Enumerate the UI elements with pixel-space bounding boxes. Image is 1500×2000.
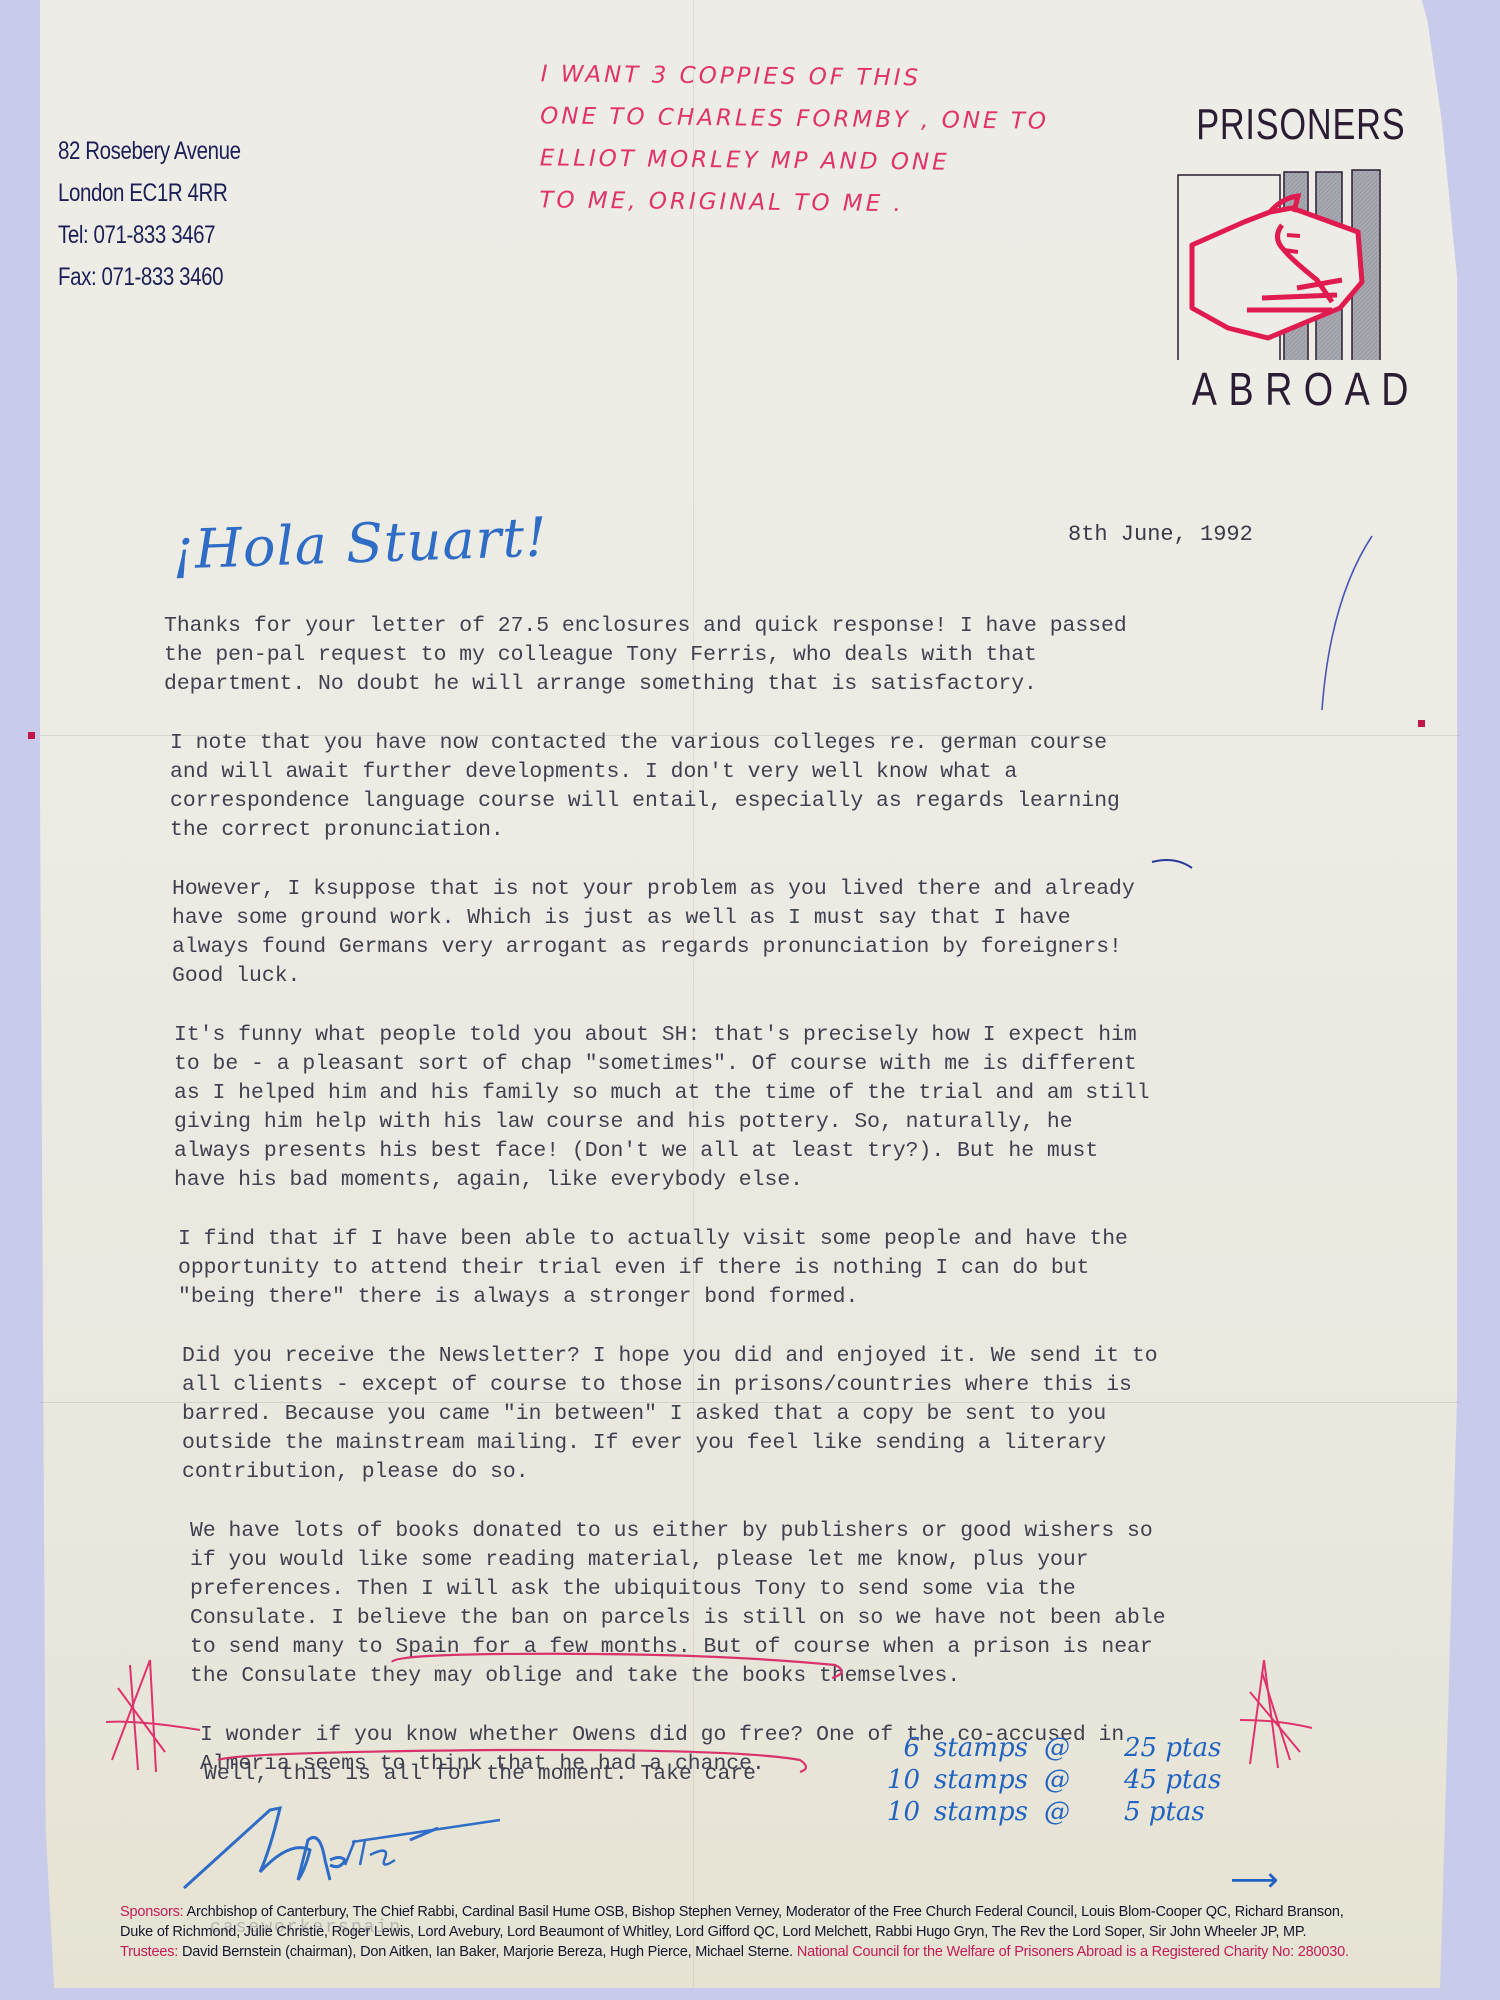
stamp-qty: 10 (870, 1764, 920, 1796)
stamp-price: 45 ptas (1124, 1764, 1264, 1796)
stamp-item: stamps (934, 1732, 1044, 1764)
text-line: preferences. Then I will ask the ubiquit… (190, 1575, 1304, 1604)
text-line: have some ground work. Which is just as … (172, 904, 1304, 933)
handwritten-greeting: ¡Hola Stuart! (171, 505, 549, 581)
paragraph: I find that if I have been able to actua… (178, 1225, 1304, 1312)
text-line: I note that you have now contacted the v… (170, 729, 1304, 758)
note-line: I WANT 3 COPPIES OF THIS (540, 53, 1049, 100)
sponsors-label: Sponsors: (120, 1904, 184, 1920)
text-line: always found Germans very arrogant as re… (172, 933, 1304, 962)
paragraph: We have lots of books donated to us eith… (190, 1517, 1304, 1691)
address-tel: Tel: 071-833 3467 (58, 214, 241, 256)
fold-mark (28, 732, 35, 739)
text-line: to send many to Spain for a few months. … (190, 1633, 1304, 1662)
stamp-row: 6 stamps @ 25 ptas (870, 1732, 1264, 1764)
text-line: We have lots of books donated to us eith… (190, 1517, 1304, 1546)
paragraph: I note that you have now contacted the v… (170, 729, 1304, 845)
stamp-at: @ (1044, 1732, 1124, 1764)
letter-date: 8th June, 1992 (1068, 522, 1253, 547)
text-line: Consulate. I believe the ban on parcels … (190, 1604, 1304, 1633)
stamp-qty: 10 (870, 1796, 920, 1828)
trustees-line: Trustees: David Bernstein (chairman), Do… (120, 1942, 1380, 1962)
stamp-at: @ (1044, 1796, 1124, 1828)
trustees-text: David Bernstein (chairman), Don Aitken, … (178, 1944, 797, 1960)
text-line: It's funny what people told you about SH… (174, 1021, 1304, 1050)
paragraph: Thanks for your letter of 27.5 enclosure… (164, 612, 1304, 699)
arrow-right-icon: ⟶ (1230, 1860, 1279, 1900)
paragraph: Did you receive the Newsletter? I hope y… (182, 1342, 1304, 1487)
text-line: However, I ksuppose that is not your pro… (172, 875, 1304, 904)
letter-body: Thanks for your letter of 27.5 enclosure… (164, 612, 1304, 1809)
text-line: correspondence language course will enta… (170, 787, 1304, 816)
charity-statement: National Council for the Welfare of Pris… (797, 1944, 1349, 1960)
text-line: contribution, please do so. (182, 1458, 1304, 1487)
fold-mark (1418, 720, 1425, 727)
address-city: London EC1R 4RR (58, 172, 241, 214)
stamp-tally-note: 6 stamps @ 25 ptas 10 stamps @ 45 ptas 1… (870, 1732, 1264, 1828)
stamp-price: 5 ptas (1124, 1796, 1264, 1828)
text-line: Thanks for your letter of 27.5 enclosure… (164, 612, 1304, 641)
logo-wordmark-top: PRISONERS (1196, 100, 1368, 150)
stamp-item: stamps (934, 1764, 1044, 1796)
note-line: TO ME, ORIGINAL TO ME . (539, 179, 1048, 226)
letterhead-address: 82 Rosebery Avenue London EC1R 4RR Tel: … (58, 130, 241, 298)
text-line: to be - a pleasant sort of chap "sometim… (174, 1050, 1304, 1079)
text-line: I find that if I have been able to actua… (178, 1225, 1304, 1254)
stamp-item: stamps (934, 1796, 1044, 1828)
text-line: Good luck. (172, 962, 1304, 991)
stamp-row: 10 stamps @ 45 ptas (870, 1764, 1264, 1796)
text-line: the pen-pal request to my colleague Tony… (164, 641, 1304, 670)
text-line: as I helped him and his family so much a… (174, 1079, 1304, 1108)
text-line: barred. Because you came "in between" I … (182, 1400, 1304, 1429)
text-line: the correct pronunciation. (170, 816, 1304, 845)
paragraph: It's funny what people told you about SH… (174, 1021, 1304, 1195)
text-line: opportunity to attend their trial even i… (178, 1254, 1304, 1283)
logo-wordmark-bottom: ABROAD (1192, 362, 1372, 416)
note-line: ONE TO CHARLES FORMBY , ONE TO (540, 95, 1049, 142)
stamp-row: 10 stamps @ 5 ptas (870, 1796, 1264, 1828)
text-line: "being there" there is always a stronger… (178, 1283, 1304, 1312)
watermark: caseworkerspain (210, 1918, 402, 1938)
text-line: always presents his best face! (Don't we… (174, 1137, 1304, 1166)
stamp-qty: 6 (870, 1732, 920, 1764)
stamp-price: 25 ptas (1124, 1732, 1264, 1764)
text-line: have his bad moments, again, like everyb… (174, 1166, 1304, 1195)
stamp-at: @ (1044, 1764, 1124, 1796)
letter-closing: Well, this is all for the moment. Take c… (204, 1762, 756, 1786)
prisoners-abroad-logo: PRISONERS ABROAD (1172, 100, 1392, 420)
text-line: if you would like some reading material,… (190, 1546, 1304, 1575)
trustees-label: Trustees: (120, 1944, 178, 1960)
text-line: giving him help with his law course and … (174, 1108, 1304, 1137)
address-fax: Fax: 071-833 3460 (58, 256, 241, 298)
text-line: Did you receive the Newsletter? I hope y… (182, 1342, 1304, 1371)
handshake-through-bars-icon (1172, 160, 1392, 360)
text-line: all clients - except of course to those … (182, 1371, 1304, 1400)
handwritten-copy-note: I WANT 3 COPPIES OF THIS ONE TO CHARLES … (539, 53, 1049, 226)
text-line: department. No doubt he will arrange som… (164, 670, 1304, 699)
signature (180, 1800, 500, 1910)
text-line: the Consulate they may oblige and take t… (190, 1662, 1304, 1691)
text-line: and will await further developments. I d… (170, 758, 1304, 787)
address-street: 82 Rosebery Avenue (58, 130, 241, 172)
text-line: outside the mainstream mailing. If ever … (182, 1429, 1304, 1458)
paragraph: However, I ksuppose that is not your pro… (172, 875, 1304, 991)
note-line: ELLIOT MORLEY MP AND ONE (540, 137, 1049, 184)
